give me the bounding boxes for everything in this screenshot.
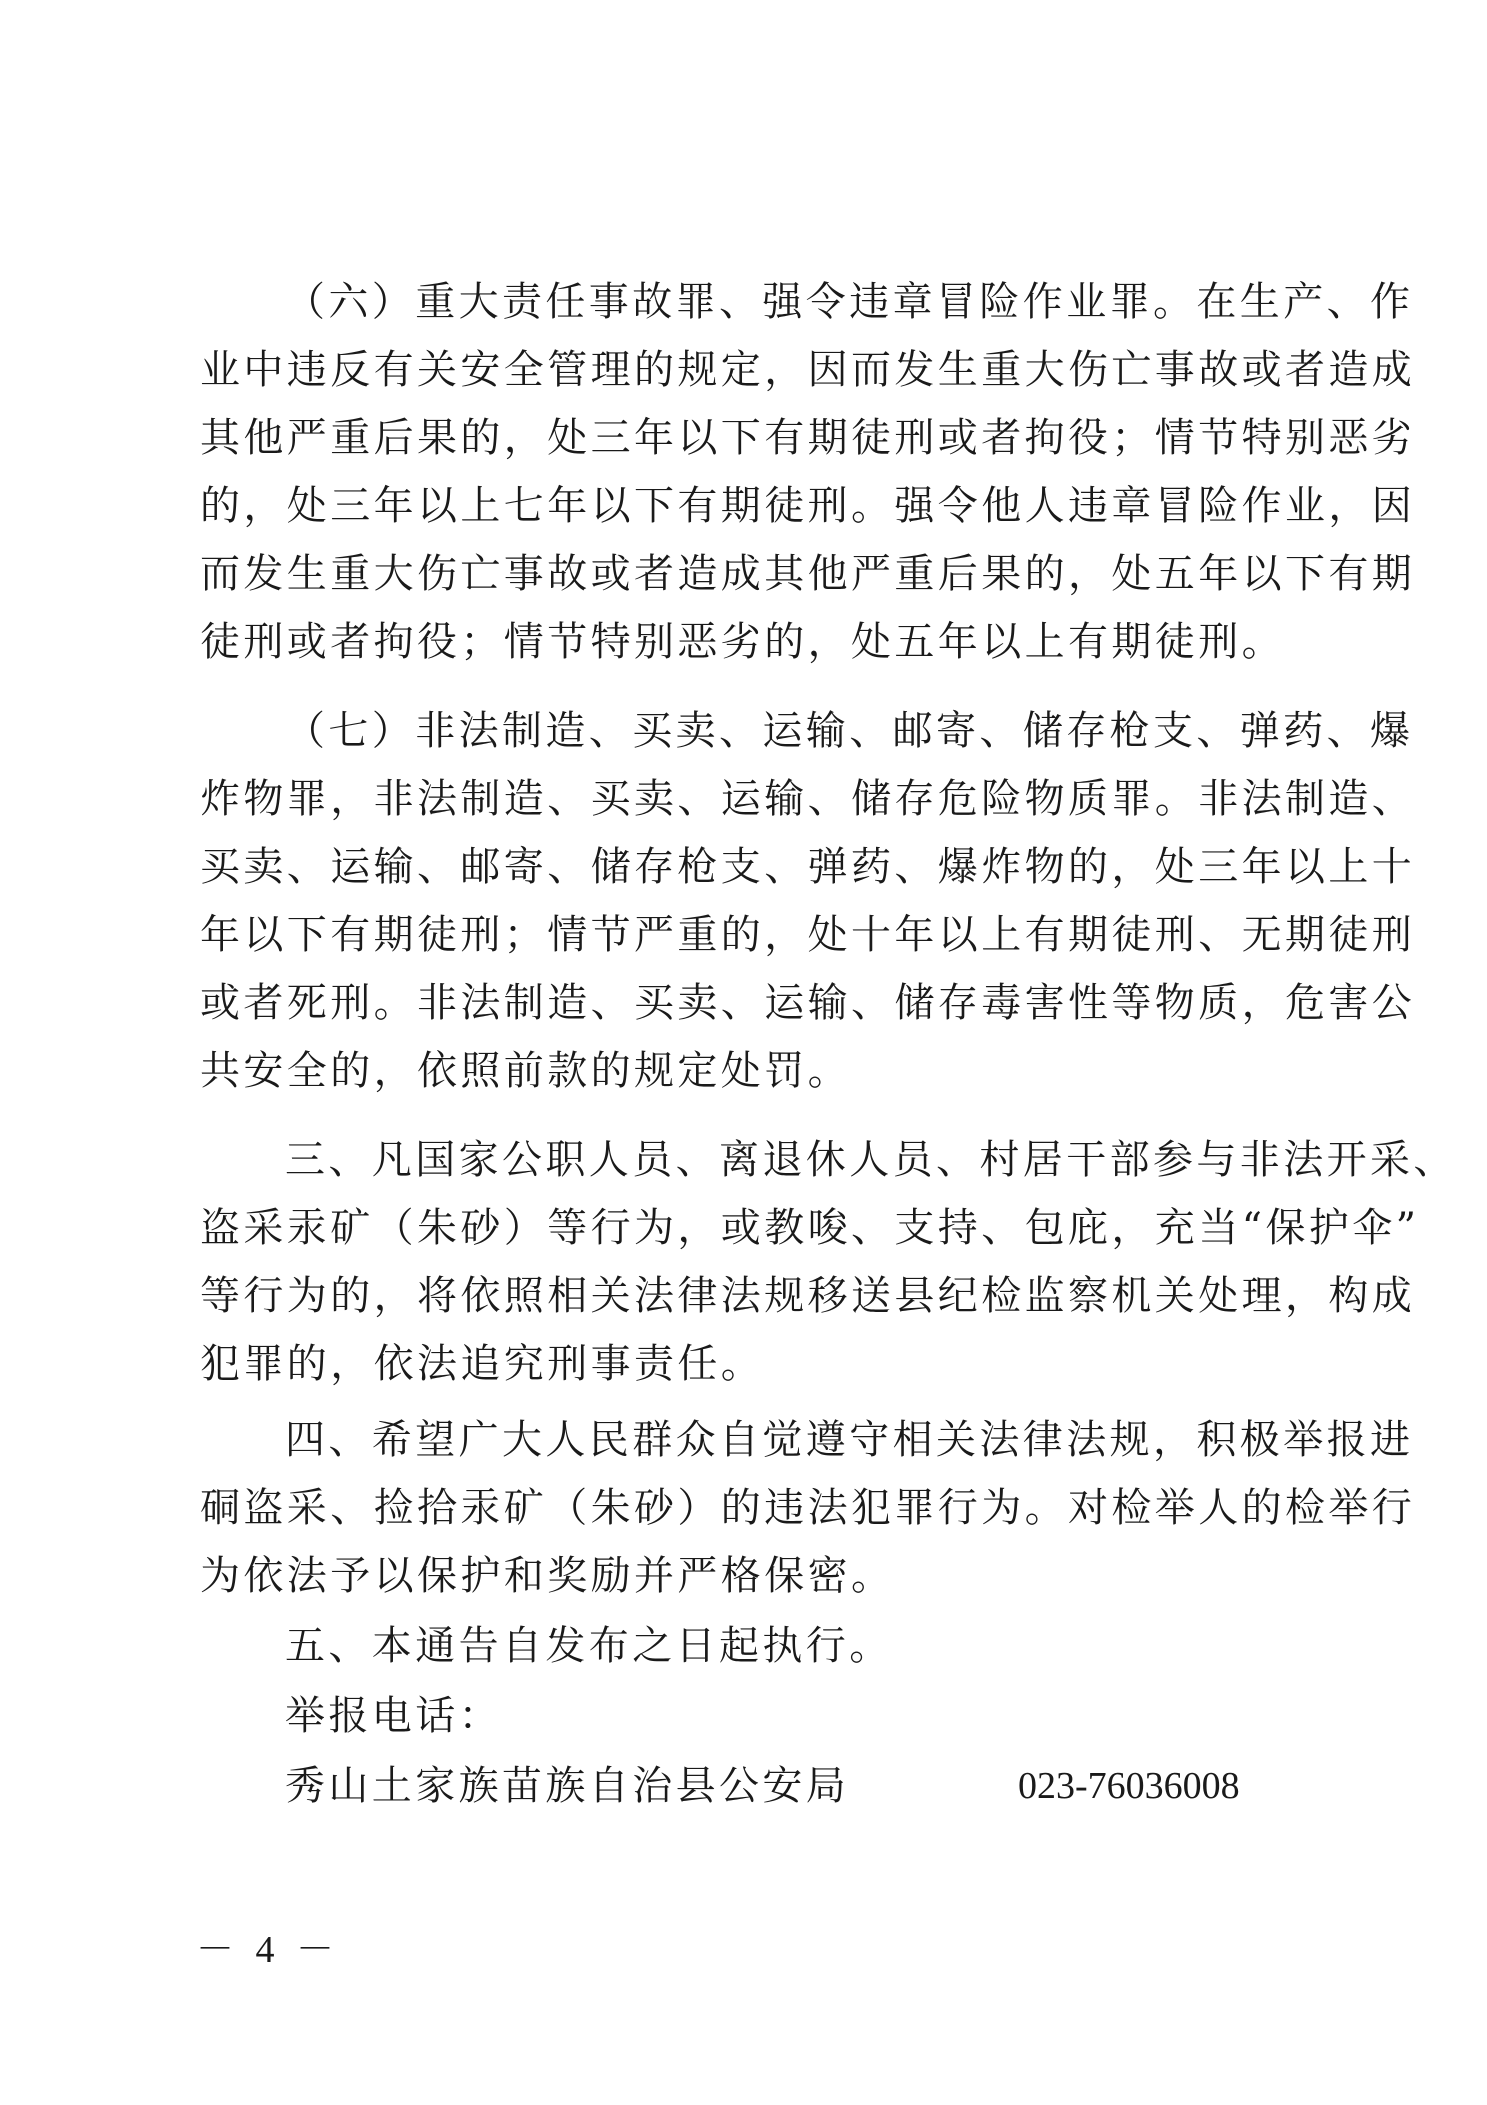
item7-line-6: 共安全的，依照前款的规定处罚。 [200, 1041, 1308, 1101]
item6-line-4: 的，处三年以上七年以下有期徒刑。强令他人违章冒险作业，因 [200, 476, 1308, 536]
item7-line-4: 年以下有期徒刑；情节严重的，处十年以上有期徒刑、无期徒刑 [200, 905, 1308, 965]
hotline-agency: 秀山土家族苗族自治县公安局 [285, 1756, 849, 1816]
section3-line-1: 三、凡国家公职人员、离退休人员、村居干部参与非法开采、 [285, 1130, 1308, 1190]
item6-line-3: 其他严重后果的，处三年以下有期徒刑或者拘役；情节特别恶劣 [200, 408, 1308, 468]
item7-line-1: （七）非法制造、买卖、运输、邮寄、储存枪支、弹药、爆 [285, 701, 1308, 761]
hotline-phone: 023-76036008 [1018, 1756, 1240, 1816]
item6-line-6: 徒刑或者拘役；情节特别恶劣的，处五年以上有期徒刑。 [200, 612, 1308, 672]
section5-line-1: 五、本通告自发布之日起执行。 [285, 1616, 1308, 1676]
item7-line-3: 买卖、运输、邮寄、储存枪支、弹药、爆炸物的，处三年以上十 [200, 837, 1308, 897]
section3-line-4: 犯罪的，依法追究刑事责任。 [200, 1334, 1308, 1394]
item6-line-2: 业中违反有关安全管理的规定，因而发生重大伤亡事故或者造成 [200, 340, 1308, 400]
document-page: （六）重大责任事故罪、强令违章冒险作业罪。在生产、作 业中违反有关安全管理的规定… [0, 0, 1487, 2105]
hotline-label: 举报电话： [285, 1686, 1308, 1746]
item6-line-5: 而发生重大伤亡事故或者造成其他严重后果的，处五年以下有期 [200, 544, 1308, 604]
item7-line-2: 炸物罪，非法制造、买卖、运输、储存危险物质罪。非法制造、 [200, 769, 1308, 829]
section4-line-3: 为依法予以保护和奖励并严格保密。 [200, 1546, 1308, 1606]
section4-line-1: 四、希望广大人民群众自觉遵守相关法律法规，积极举报进 [285, 1410, 1308, 1470]
section4-line-2: 硐盗采、捡拾汞矿（朱砂）的违法犯罪行为。对检举人的检举行 [200, 1478, 1308, 1538]
page-number: － 4 － [196, 1925, 340, 1975]
item7-line-5: 或者死刑。非法制造、买卖、运输、储存毒害性等物质，危害公 [200, 973, 1308, 1033]
section3-line-2: 盗采汞矿（朱砂）等行为，或教唆、支持、包庇，充当“保护伞” [200, 1198, 1308, 1258]
item6-line-1: （六）重大责任事故罪、强令违章冒险作业罪。在生产、作 [285, 272, 1308, 332]
section3-line-3: 等行为的，将依照相关法律法规移送县纪检监察机关处理，构成 [200, 1266, 1308, 1326]
